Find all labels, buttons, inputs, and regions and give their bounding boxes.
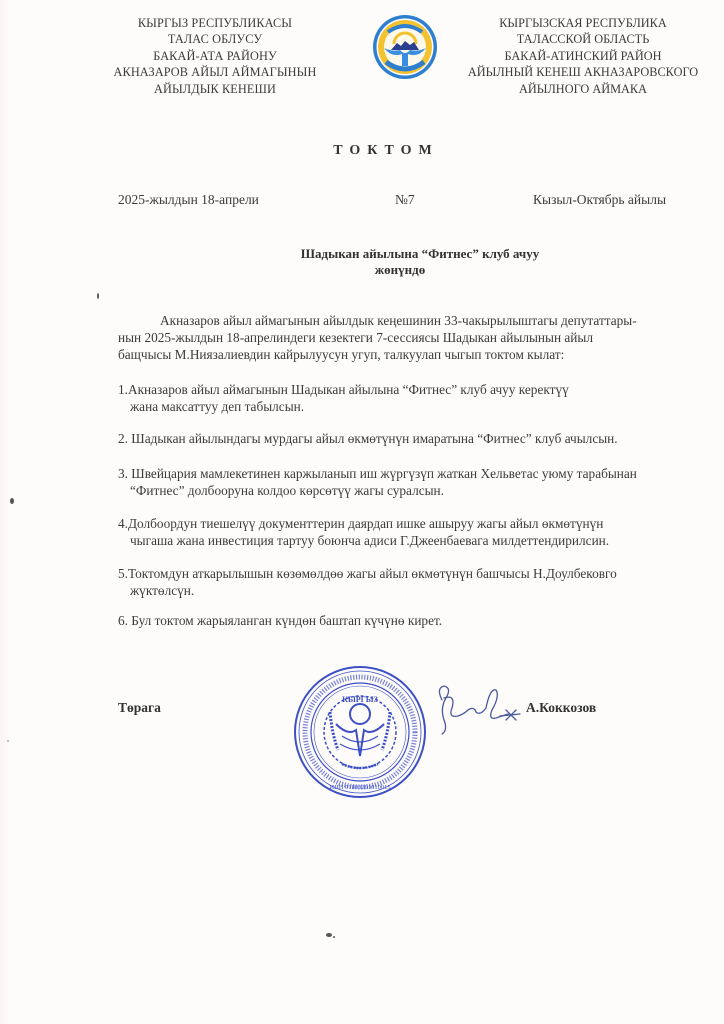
header-line: АЙЫЛНЫЙ КЕНЕШ АКНАЗАРОВСКОГО xyxy=(458,64,708,80)
item-line: 4.Долбоордун тиешелүү документтерин даяр… xyxy=(118,515,718,532)
preamble-line: бащчысы М.Ниязалиевдин кайрылуусун угуп,… xyxy=(118,346,718,363)
header-line: АЙЫЛНОГО АЙМАКА xyxy=(458,81,708,97)
item-line: 6. Бул токтом жарыяланган күндөн баштап … xyxy=(118,612,718,629)
subject-line: жөнүндө xyxy=(200,262,600,278)
header-line: АЙЫЛДЫК КЕНЕШИ xyxy=(100,81,330,97)
header-line: КЫРГЫЗ РЕСПУБЛИКАСЫ xyxy=(100,15,330,31)
resolution-item-4: 4.Долбоордун тиешелүү документтерин даяр… xyxy=(118,515,718,549)
header-kyrgyz-block: КЫРГЫЗ РЕСПУБЛИКАСЫ ТАЛАС ОБЛУСУ БАКАЙ-А… xyxy=(100,15,330,97)
item-line: 1.Акназаров айыл аймагынын Шадыкан айылы… xyxy=(118,381,718,398)
preamble-line: Акназаров айыл аймагынын айылдык кеңешин… xyxy=(118,312,718,329)
item-line: “Фитнес” долбооруна колдоо көрсөтүү жагы… xyxy=(118,482,718,499)
signatory-name: А.Коккозов xyxy=(526,700,596,716)
header-line: КЫРГЫЗСКАЯ РЕСПУБЛИКА xyxy=(458,15,708,31)
scan-speck xyxy=(7,740,9,742)
resolution-item-6: 6. Бул токтом жарыяланган күндөн баштап … xyxy=(118,612,718,629)
document-title: ТОКТОМ xyxy=(0,143,724,159)
resolution-item-3: 3. Швейцария мамлекетинен каржыланып иш … xyxy=(118,465,718,499)
header-line: ТАЛАС ОБЛУСУ xyxy=(100,31,330,47)
header-line: АКНАЗАРОВ АЙЫЛ АЙМАГЫНЫН xyxy=(100,64,330,80)
header-line: ТАЛАССКОЙ ОБЛАСТЬ xyxy=(458,31,708,47)
scan-speck xyxy=(97,293,99,299)
stamp-bottom-text: ИНН 01803201010015 xyxy=(329,784,390,791)
preamble-paragraph: Акназаров айыл аймагынын айылдык кеңешин… xyxy=(118,312,718,364)
official-round-stamp-icon: КЫРГЫЗ ИНН 01803201010015 xyxy=(292,664,428,800)
document-number: №7 xyxy=(395,192,415,208)
preamble-line: нын 2025-жылдын 18-апрелиндеги кезектеги… xyxy=(118,329,718,346)
item-line: 3. Швейцария мамлекетинен каржыланып иш … xyxy=(118,465,718,482)
document-subject: Шадыкан айылына “Фитнес” клуб ачуу жөнүн… xyxy=(240,246,600,278)
item-line: 2. Шадыкан айылындагы мурдагы айыл өкмөт… xyxy=(118,430,718,447)
resolution-item-1: 1.Акназаров айыл аймагынын Шадыкан айылы… xyxy=(118,381,718,415)
header-line: БАКАЙ-АТИНСКИЙ РАЙОН xyxy=(458,48,708,64)
document-date: 2025-жылдын 18-апрели xyxy=(118,192,259,208)
handwritten-signature-icon xyxy=(430,680,526,740)
resolution-item-5: 5.Токтомдун аткарылышын көзөмөлдөө жагы … xyxy=(118,565,718,599)
signatory-role: Төрага xyxy=(118,700,161,716)
scan-speck xyxy=(326,933,332,937)
document-place: Кызыл-Октябрь айылы xyxy=(533,192,666,208)
header-line: БАКАЙ-АТА РАЙОНУ xyxy=(100,48,330,64)
subject-line: Шадыкан айылына “Фитнес” клуб ачуу xyxy=(240,246,600,262)
stamp-center-text: КЫРГЫЗ xyxy=(342,695,378,704)
scan-speck xyxy=(10,498,14,504)
scan-speck xyxy=(333,936,335,938)
item-line: чыгаша жана инвестиция тартуу боюнча ади… xyxy=(118,532,718,549)
kyrgyz-state-emblem-icon xyxy=(372,14,438,80)
document-page: КЫРГЫЗ РЕСПУБЛИКАСЫ ТАЛАС ОБЛУСУ БАКАЙ-А… xyxy=(0,0,724,1024)
item-line: жана максаттуу деп табылсын. xyxy=(118,398,718,415)
header-russian-block: КЫРГЫЗСКАЯ РЕСПУБЛИКА ТАЛАССКОЙ ОБЛАСТЬ … xyxy=(458,15,708,97)
item-line: 5.Токтомдун аткарылышын көзөмөлдөө жагы … xyxy=(118,565,718,582)
resolution-item-2: 2. Шадыкан айылындагы мурдагы айыл өкмөт… xyxy=(118,430,718,447)
item-line: жүктөлсүн. xyxy=(118,582,718,599)
